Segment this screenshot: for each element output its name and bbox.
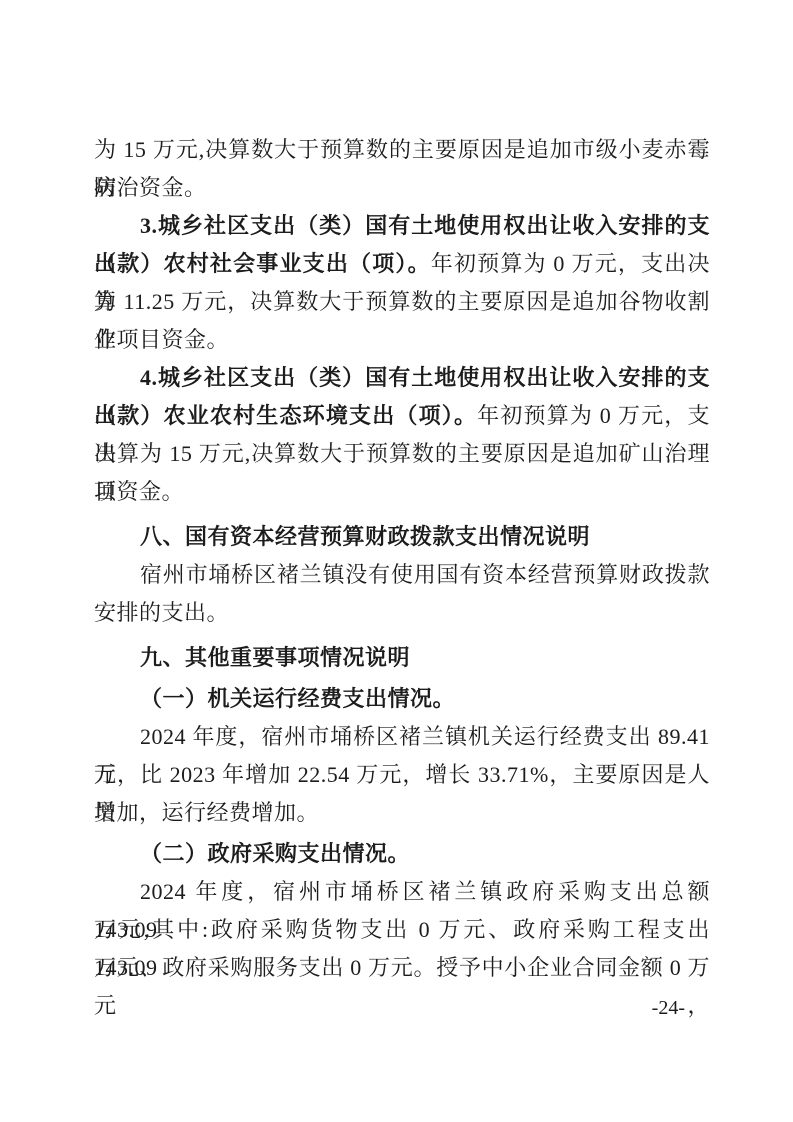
text-line: 万元、政府采购服务支出 0 万元。授予中小企业合同金额 0 万元， [94, 949, 710, 987]
text-segment: （一）机关运行经费支出情况。 [140, 686, 455, 711]
text-segment: （二）政府采购支出情况。 [140, 841, 410, 866]
text-segment: 九、其他重要事项情况说明 [140, 645, 410, 670]
text-line: 目资金。 [94, 473, 710, 511]
section-heading: 九、其他重要事项情况说明 [94, 639, 710, 677]
text-line: （款）农村社会事业支出（项）。年初预算为 0 万元，支出决算 [94, 245, 710, 283]
document-page: 为 15 万元,决算数大于预算数的主要原因是追加市级小麦赤霉病防治资金。3.城乡… [0, 0, 793, 1122]
sub-heading: （二）政府采购支出情况。 [94, 835, 710, 873]
page-number: -24- [652, 995, 685, 1021]
text-line: 万元,其中:政府采购货物支出 0 万元、政府采购工程支出 143.09 [94, 911, 710, 949]
text-segment: 业项目资金。 [94, 327, 229, 352]
text-segment: 安排的支出。 [94, 600, 229, 625]
text-line: 2024 年度，宿州市埇桥区褚兰镇机关运行经费支出 89.41 万 [94, 718, 710, 756]
text-segment: 万元、政府采购服务支出 0 万元。授予中小企业合同金额 0 万元， [94, 955, 710, 1018]
text-line: 为 11.25 万元，决算数大于预算数的主要原因是追加谷物收割作 [94, 283, 710, 321]
text-segment: 八、国有资本经营预算财政拨款支出情况说明 [140, 524, 590, 549]
text-segment: 防治资金。 [94, 175, 207, 200]
sub-heading: （一）机关运行经费支出情况。 [94, 680, 710, 718]
section-heading: 八、国有资本经营预算财政拨款支出情况说明 [94, 518, 710, 556]
text-line: 决算为 15 万元,决算数大于预算数的主要原因是追加矿山治理项 [94, 435, 710, 473]
text-line: 元，比 2023 年增加 22.54 万元，增长 33.71%，主要原因是人员 [94, 756, 710, 794]
text-segment: 目资金。 [94, 479, 184, 504]
document-text: 为 15 万元,决算数大于预算数的主要原因是追加市级小麦赤霉病防治资金。3.城乡… [94, 131, 710, 987]
text-segment: （款）农村社会事业支出（项）。 [94, 251, 431, 276]
text-line: （款）农业农村生态环境支出（项）。年初预算为 0 万元，支出 [94, 397, 710, 435]
text-line: 4.城乡社区支出（类）国有土地使用权出让收入安排的支出 [94, 359, 710, 397]
text-line: 安排的支出。 [94, 594, 710, 632]
text-segment: （款）农业农村生态环境支出（项）。 [94, 403, 477, 428]
text-line: 增加，运行经费增加。 [94, 794, 710, 832]
text-line: 3.城乡社区支出（类）国有土地使用权出让收入安排的支出 [94, 207, 710, 245]
text-line: 2024 年度，宿州市埇桥区褚兰镇政府采购支出总额 143.09 [94, 873, 710, 911]
text-line: 业项目资金。 [94, 321, 710, 359]
text-segment: 增加，运行经费增加。 [94, 800, 319, 825]
text-line: 宿州市埇桥区褚兰镇没有使用国有资本经营预算财政拨款 [94, 556, 710, 594]
text-segment: 宿州市埇桥区褚兰镇没有使用国有资本经营预算财政拨款 [140, 562, 710, 587]
text-line: 防治资金。 [94, 169, 710, 207]
text-line: 为 15 万元,决算数大于预算数的主要原因是追加市级小麦赤霉病 [94, 131, 710, 169]
